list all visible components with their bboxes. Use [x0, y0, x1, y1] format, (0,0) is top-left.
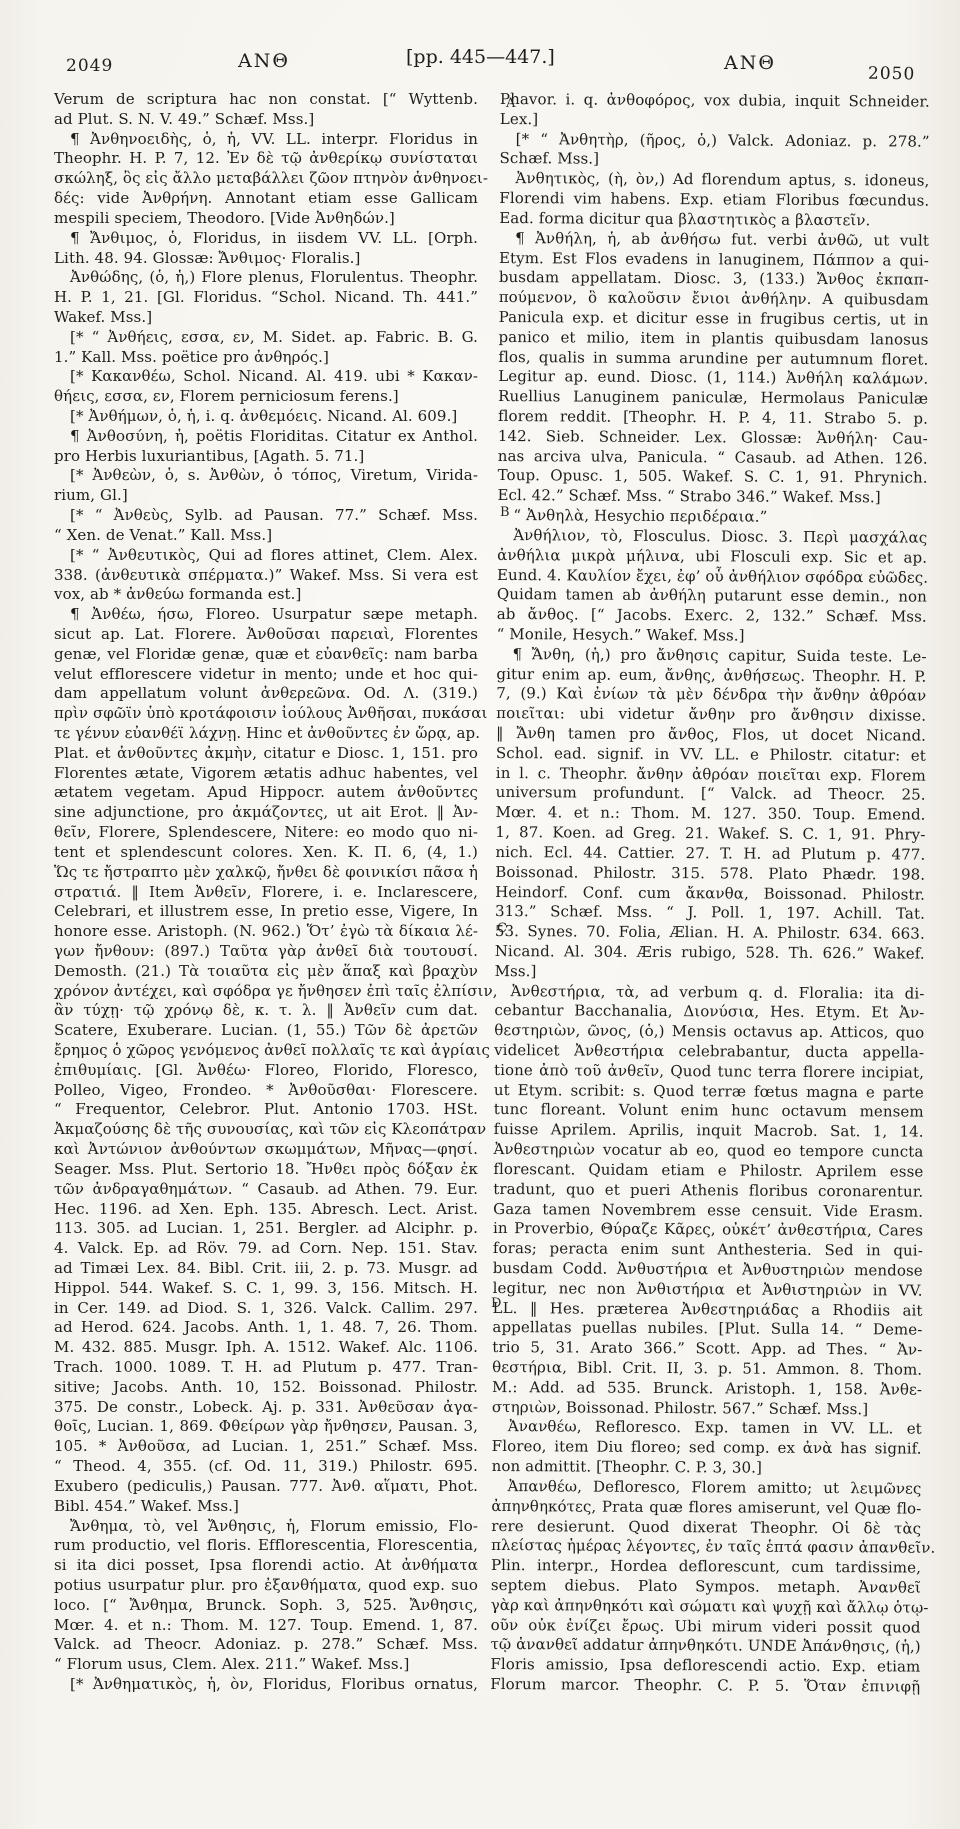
running-head-left: ΑΝΘ — [238, 50, 290, 72]
text-line: [* “ Ἀνθευτικὸς, Qui ad flores attinet, … — [54, 546, 478, 566]
text-line: 1, 87. Koen. ad Greg. 21. Wakef. S. C. 1… — [495, 823, 925, 845]
text-line: τῷ ἀνανθεῖ addatur ἀπηνθηκότι. UNDE Ἀπάν… — [490, 1635, 920, 1657]
text-line: θεστήρια, Bibl. Crit. II, 3. p. 51. Ammo… — [492, 1358, 922, 1380]
text-line: 313.” Schæf. Mss. “ J. Poll. 1, 197. Ach… — [495, 902, 925, 924]
text-line: legitur, nec non Ἀνθιστήρια et Ἀνθιστηρι… — [493, 1279, 923, 1301]
text-line: Theophr. H. P. 7, 12. Ἐν δὲ τῷ ἀνθερίκῳ … — [54, 149, 478, 169]
text-line: fuisse Aprilem. Aprilis, inquit Macrob. … — [494, 1120, 924, 1142]
text-line: “ Ἀνθηλὰ, Hesychio περιδέραια.” — [497, 506, 927, 528]
text-line: Florendi vim habens. Exp. etiam Floribus… — [499, 189, 929, 211]
text-line: Ἀνθεστήρια, τὰ, ad verbum q. d. Floralia… — [494, 982, 924, 1004]
text-line: Ecl. 42.” Schæf. Mss. “ Strabo 346.” Wak… — [497, 486, 927, 508]
text-line: ἐπιθυμίαις. [Gl. Ἀνθέω· Floreo, Florido,… — [54, 1061, 478, 1081]
text-line: τε γένυν εὐανθέϊ λάχνῃ. Hinc et ἀνθοῦντε… — [54, 724, 478, 744]
text-line: [* Κακανθέω, Schol. Nicand. Al. 419. ubi… — [54, 367, 478, 387]
text-line: tione ἀπὸ τοῦ ἀνθεῖν, Quod tunc terra fl… — [494, 1061, 924, 1083]
text-line: Polleo, Vigeo, Frondeo. * Ἀνθοῦσθαι· Flo… — [54, 1081, 478, 1101]
text-line: in Cer. 149. ad Diod. S. 1, 326. Valck. … — [54, 1299, 478, 1319]
text-line: 4. Valck. Ep. ad Röv. 79. ad Corn. Nep. … — [54, 1239, 478, 1259]
text-line: Florentes ætate, Vigorem ætatis adhuc ha… — [54, 764, 478, 784]
text-line: τῶν ἀνδραγαθημάτων. “ Casaub. ad Athen. … — [54, 1180, 478, 1200]
text-line: Mss.] — [495, 962, 925, 984]
text-line: Celebrari, et illustrem esse, In pretio … — [54, 902, 478, 922]
text-line: in l. c. Theophr. ἄνθην ἀθρόαν ποιεῖται … — [496, 764, 926, 786]
text-line: Heindorf. Conf. cum ἄκανθα, Boissonad. P… — [495, 882, 925, 904]
text-line: rium, Gl.] — [54, 486, 478, 506]
text-line: ad Plut. S. N. V. 49.” Schæf. Mss.] — [54, 110, 478, 130]
text-line: [* “ Ἀνθεὺς, Sylb. ad Pausan. 77.” Schæf… — [54, 506, 478, 526]
text-line: Nicand. Al. 304. Æris rubigo, 528. Th. 6… — [495, 942, 925, 964]
text-line: H. P. 1, 21. [Gl. Floridus. “Schol. Nica… — [54, 288, 478, 308]
text-line: M.: Add. ad 535. Brunck. Aristoph. 1, 15… — [492, 1378, 922, 1400]
text-column-left: Verum de scriptura hac non constat. [“ W… — [54, 90, 478, 1695]
text-line: Plat. et ἀνθοῦντες ἀκμὴν, citatur e Dios… — [54, 744, 478, 764]
text-line: ¶ Ἀνθέω, ήσω, Floreo. Usurpatur sæpe met… — [54, 605, 478, 625]
text-line: σκώληξ, ὃς εἰς ἄλλο μεταβάλλει ζῶον πτην… — [54, 169, 478, 189]
text-line: καὶ Ἀντώνιον ἀνθούντων σκωμμάτων, Μῆνας—… — [54, 1140, 478, 1160]
text-line: Floreo, item Diu floreo; sed comp. ex ἀν… — [492, 1437, 922, 1459]
text-line: στηριὼν, Boissonad. Philostr. 567.” Schæ… — [492, 1398, 922, 1420]
text-line: rere desierunt. Quod dixerat Theophr. Οἱ… — [491, 1516, 921, 1538]
text-line: Gaza tamen Novembrem esse censuit. Vide … — [493, 1199, 923, 1221]
text-line: ποιεῖται: ubi videtur ἄνθην pro ἄνθησιν … — [496, 704, 926, 726]
text-line: sitive; Jacobs. Anth. 10, 152. Boissonad… — [54, 1378, 478, 1398]
text-line: ἔρημος ὁ χῶρος γενόμενος ἀνθεῖ πολλαῖς τ… — [54, 1041, 478, 1061]
text-line: ἂν τύχῃ· τῷ χρόνῳ δὲ, κ. τ. λ. ‖ Ἀνθεῖν … — [54, 1001, 478, 1021]
text-line: θήεις, εσσα, εν, Florem perniciosum fere… — [54, 387, 478, 407]
text-line: M. 432. 885. Musgr. Iph. A. 1512. Wakef.… — [54, 1338, 478, 1358]
text-line: Schol. ead. signif. in VV. LL. e Philost… — [496, 744, 926, 766]
text-line: Ἀνθήλιον, τὸ, Flosculus. Diosc. 3. Περὶ … — [497, 526, 927, 548]
text-line: Floris amissio, Ipsa deflorescendi actio… — [490, 1655, 920, 1677]
text-line: dam appellatum volunt ἀνθερεῶνα. Od. Λ. … — [54, 684, 478, 704]
text-line: non admittit. [Theophr. C. P. 3, 30.] — [492, 1457, 922, 1479]
text-line: “ Xen. de Venat.” Kall. Mss.] — [54, 526, 478, 546]
text-line: nich. Ecl. 44. Cattier. 27. T. H. ad Plu… — [495, 843, 925, 865]
text-line: Mœr. 4. et n.: Thom. M. 127. 350. Toup. … — [496, 803, 926, 825]
text-line: Ruellius Lanuginem paniculæ, Hermolaus P… — [498, 387, 928, 409]
text-line: flos, qualis in summa arundine per autum… — [498, 348, 928, 370]
text-line: Quidam tamen ab ἀνθήλη putarunt esse dem… — [497, 585, 927, 607]
text-line: πούμενον, ὃ καλοῦσιν ἔνιοι ἀνθήλην. A qu… — [499, 288, 929, 310]
text-line: Florum marcor. Theophr. C. P. 5. Ὅταν ἐπ… — [490, 1675, 920, 1697]
text-line: “ Theod. 4, 355. (cf. Od. 11, 319.) Phil… — [54, 1457, 478, 1477]
text-line: 7, (9.) Καὶ ἐνίων τὰ μὲν δένδρα τὴν ἄνθη… — [496, 684, 926, 706]
text-line: [* Ἀνθηματικὸς, ἡ, ὸν, Floridus, Floribu… — [54, 1675, 478, 1695]
text-line: 53. Synes. 70. Folia, Ælian. H. A. Philo… — [495, 922, 925, 944]
text-line: 105. * Ἀνθοῦσα, ad Lucian. 1, 251.” Schæ… — [54, 1437, 478, 1457]
text-line: Scatere, Exuberare. Lucian. (1, 55.) Τῶν… — [54, 1021, 478, 1041]
text-line: Wakef. Mss.] — [54, 308, 478, 328]
page-number-right: 2050 — [868, 64, 916, 85]
text-line: Ἀνθεστηριὼν vocatur ab eo, quod eo tempo… — [493, 1140, 923, 1162]
text-line: Bibl. 454.” Wakef. Mss.] — [54, 1497, 478, 1517]
text-line: θεῖν, Florere, Splendescere, Nitere: eo … — [54, 823, 478, 843]
text-line: Verum de scriptura hac non constat. [“ W… — [54, 90, 478, 110]
text-line: Ὥς τε ἤστραπτο μὲν χαλκῷ, ἤνθει δὲ φοινι… — [54, 863, 478, 883]
text-line: Plin. interpr., Hordea deflorescunt, cum… — [491, 1556, 921, 1578]
text-line: Lith. 48. 94. Glossæ: Ἄνθιμος· Floralis.… — [54, 249, 478, 269]
text-line: [* “ Ἀνθητὴρ, (ῆρος, ὁ,) Valck. Adoniaz.… — [500, 130, 930, 152]
text-line: si ita dici posset, Ipsa florendi actio.… — [54, 1556, 478, 1576]
running-head-right: ΑΝΘ — [724, 52, 776, 74]
text-line: 113. 305. ad Lucian. 1, 251. Bergler. ad… — [54, 1219, 478, 1239]
text-line: Demosth. (21.) Τὰ τοιαῦτα εἰς μὲν ἅπαξ κ… — [54, 962, 478, 982]
text-line: Ἀνανθέω, Refloresco. Exp. tamen in VV. L… — [492, 1417, 922, 1439]
text-line: “ Monile, Hesych.” Wakef. Mss.] — [497, 625, 927, 647]
text-line: [* Ἀνθήμων, ὁ, ἡ, i. q. ἀνθεμόεις. Nican… — [54, 407, 478, 427]
text-line: Seager. Mss. Plut. Sertorio 18. Ἤνθει πρ… — [54, 1160, 478, 1180]
text-line: ut Etym. scribit: s. Quod terræ fœtus ma… — [494, 1081, 924, 1103]
text-line: LL. ‖ Hes. præterea Ἀνθεστηριάδας a Rhod… — [492, 1299, 922, 1321]
text-line: videlicet Ἀνθεστήρια celebrabantur, duct… — [494, 1041, 924, 1063]
text-line: Ἀνθητικὸς, (ὴ, ὸν,) Ad florendum aptus, … — [499, 169, 929, 191]
text-line: Phavor. i. q. ἀνθοφόρος, vox dubia, inqu… — [500, 90, 930, 112]
text-line: θοῖς, Lucian. 1, 869. Φθείρων γὰρ ἤνθησε… — [54, 1417, 478, 1437]
text-line: velut efflorescere videtur in mento; und… — [54, 665, 478, 685]
text-line: [* Ἀνθεὼν, ὁ, s. Ἀνθὼν, ὁ τόπος, Viretum… — [54, 466, 478, 486]
text-column-right: Phavor. i. q. ἀνθοφόρος, vox dubia, inqu… — [490, 90, 930, 1697]
text-line: 1.” Kall. Mss. poëtice pro ἀνθηρός.] — [54, 348, 478, 368]
text-line: mespili speciem, Theodoro. [Vide Ἀνθηδών… — [54, 209, 478, 229]
text-line: in Proverbio, Θύραζε Κᾶρες, οὐκέτ’ ἀνθεσ… — [493, 1219, 923, 1241]
text-line: Exubero (pediculis,) Pausan. 777. Ἀνθ. α… — [54, 1477, 478, 1497]
text-line: vox, ab * ἀνθεύω formanda est.] — [54, 585, 478, 605]
text-line: Etym. Est Flos evadens in lanuginem, Πάπ… — [499, 248, 929, 270]
text-line: Eund. 4. Καυλίον ἔχει, ἐφ’ οὗ ἀνθήλιον σ… — [497, 565, 927, 587]
text-line: sicut ap. Lat. Florere. Ἀνθοῦσαι παρειαὶ… — [54, 625, 478, 645]
text-line: Toup. Opusc. 1, 505. Wakef. S. C. 1, 91.… — [498, 466, 928, 488]
text-line: ad Timæi Lex. 84. Bibl. Crit. iii, 2. p.… — [54, 1259, 478, 1279]
text-line: Hec. 1196. ad Xen. Eph. 135. Abresch. Le… — [54, 1200, 478, 1220]
text-line: ¶ Ἄνθη, (ἡ,) pro ἄνθησις capitur, Suida … — [496, 645, 926, 667]
text-line: θεστηριὼν, ῶνος, (ὁ,) Mensis octavus ap.… — [494, 1021, 924, 1043]
text-line: ἀπηνθηκότες, Prata quæ flores amiserunt,… — [491, 1497, 921, 1519]
text-line: ¶ Ἄνθιμος, ὁ, Floridus, in iisdem VV. LL… — [54, 229, 478, 249]
text-line: nas arciva ulva, Panicula. “ Casaub. ad … — [498, 447, 928, 469]
text-line: Ἄνθημα, τὸ, vel Ἄνθησις, ἡ, Florum emiss… — [54, 1517, 478, 1537]
text-line: Boissonad. Philostr. 315. 578. Plato Phæ… — [495, 863, 925, 885]
text-line: δές: vide Ἀνθρήνη. Annotant etiam esse G… — [54, 189, 478, 209]
text-line: ¶ Ἀνθήλη, ἡ, ab ἀνθήσω fut. verbi ἀνθῶ, … — [499, 229, 929, 251]
scanned-lexicon-page: 2049 ΑΝΘ [pp. 445—447.] ΑΝΘ 2050 A B C D… — [0, 0, 960, 1829]
page-number-left: 2049 — [66, 56, 113, 76]
text-line: busdam appellatam. Diosc. 3, (133.) Ἄνθο… — [499, 268, 929, 290]
text-line: “ Frequentor, Celebror. Plut. Antonio 17… — [54, 1100, 478, 1120]
text-line: rum productio, vel floris. Efflorescenti… — [54, 1536, 478, 1556]
text-line: στρατιά. ‖ Item Ἀνθεῖν, Florere, i. e. I… — [54, 883, 478, 903]
text-line: sine adjunctione, pro ἀκμάζοντες, ut ait… — [54, 803, 478, 823]
text-line: ‖ Ἄνθη tamen pro ἄνθος, Flos, ut docet N… — [496, 724, 926, 746]
text-line: 375. De constr., Lobeck. Aj. p. 331. Ἀνθ… — [54, 1398, 478, 1418]
text-line: honore esse. Aristoph. (N. 962.) Ὅτ’ ἐγὼ… — [54, 922, 478, 942]
text-line: tradunt, quo et pueri Athenis floribus c… — [493, 1180, 923, 1202]
text-line: Legitur ap. eund. Diosc. (1, 114.) Ἀνθήλ… — [498, 367, 928, 389]
text-line: ad Herod. 624. Jacobs. Anth. 1, 1. 48. 7… — [54, 1318, 478, 1338]
text-line: cebantur Bacchanalia, Διονύσια, Hes. Ety… — [494, 1001, 924, 1023]
text-line: panico et milio, item in plantis quibusd… — [498, 328, 928, 350]
text-line: 142. Sieb. Schneider. Lex. Glossæ: Ἀνθήλ… — [498, 427, 928, 449]
text-line: ab ἄνθος. [“ Jacobs. Exerc. 2, 132.” Sch… — [497, 605, 927, 627]
text-line: gitur enim ap. eum, ἄνθης, ἀνθήσεως. The… — [496, 665, 926, 687]
text-line: 338. (ἀνθευτικὰ σπέρματα.)” Wakef. Mss. … — [54, 566, 478, 586]
text-line: Ἀκμαζούσης δὲ τῆς συνουσίας, καὶ τῶν εἰς… — [54, 1120, 478, 1140]
text-line: Valck. ad Theocr. Adoniaz. p. 278.” Schæ… — [54, 1635, 478, 1655]
text-line: ¶ Ἀνθηνοειδὴς, ὁ, ἡ, VV. LL. interpr. Fl… — [54, 130, 478, 150]
text-line: Ἀπανθέω, Defloresco, Florem amitto; ut λ… — [491, 1477, 921, 1499]
text-line: χρόνον ἀντέχει, καὶ σφόδρα γε ἤνθησεν ἐπ… — [54, 982, 478, 1002]
text-line: appellatas puellas nubiles. [Plut. Sulla… — [492, 1318, 922, 1340]
text-line: pro Herbis luxuriantibus, [Agath. 5. 71.… — [54, 447, 478, 467]
text-line: foras; peracta enim sunt Anthesteria. Se… — [493, 1239, 923, 1261]
text-line: Trach. 1000. 1089. T. H. ad Plutum p. 47… — [54, 1358, 478, 1378]
text-line: florem reddit. [Theophr. H. P. 4, 11. St… — [498, 407, 928, 429]
text-line: ¶ Ἀνθοσύνη, ἡ, poëtis Floriditas. Citatu… — [54, 427, 478, 447]
text-line: Ἀνθώδης, (ὁ, ἡ,) Flore plenus, Florulent… — [54, 268, 478, 288]
text-line: universum profundunt. [“ Valck. ad Theoc… — [496, 783, 926, 805]
page-range: [pp. 445—447.] — [406, 46, 555, 68]
text-line: Mœr. 4. et n.: Thom. M. 127. Toup. Emend… — [54, 1616, 478, 1636]
text-line: Hippol. 544. Wakef. S. C. 1, 99. 3, 156.… — [54, 1279, 478, 1299]
text-line: γὰρ καὶ ἀπηνθηκότι καὶ σώματι καὶ ψυχῇ κ… — [491, 1596, 921, 1618]
text-line: florescant. Quidam etiam e Philostr. Apr… — [493, 1160, 923, 1182]
text-line: busdam Codd. Ἀνθυστήρια et Ἀνθυστηριὼν m… — [493, 1259, 923, 1281]
text-line: loco. [“ Ἄνθημα, Brunck. Soph. 3, 525. Ἄ… — [54, 1596, 478, 1616]
text-line: Lex.] — [500, 110, 930, 132]
text-line: tent et splendescunt colores. Xen. Κ. Π.… — [54, 843, 478, 863]
text-line: trio 5, 31. Arato 366.” Scott. App. ad T… — [492, 1338, 922, 1360]
text-line: [* “ Ἀνθήεις, εσσα, εν, M. Sidet. ap. Fa… — [54, 328, 478, 348]
text-line: potius usurpatur plur. pro ἐξανθήματα, q… — [54, 1576, 478, 1596]
text-line: πλείστας ἡμέρας λέγοντες, ἐν ταῖς ἑπτά φ… — [491, 1536, 921, 1558]
text-line: “ Florum usus, Clem. Alex. 211.” Wakef. … — [54, 1655, 478, 1675]
text-line: Panicula exp. et dicitur esse in frugibu… — [499, 308, 929, 330]
text-line: Schæf. Mss.] — [500, 149, 930, 171]
text-line: Ead. forma dicitur qua βλαστητικὸς a βλα… — [499, 209, 929, 231]
text-line: γων ἤνθουν: (897.) Ταῦτα γὰρ ἀνθεῖ διὰ τ… — [54, 942, 478, 962]
text-line: genæ, vel Floridæ genæ, quæ et εὐανθεῖς:… — [54, 645, 478, 665]
text-line: tunc floreant. Volunt enim hunc octavum … — [494, 1100, 924, 1122]
text-line: ætatem vegetam. Apud Hippocr. autem ἀνθο… — [54, 783, 478, 803]
text-line: ἀνθήλια μικρὰ μήλινα, ubi Flosculi exp. … — [497, 546, 927, 568]
text-line: οῦν οὐκ ἐνίζει ἔρως. Ubi mirum videri po… — [491, 1616, 921, 1638]
text-line: πρὶν σφῶϊν ὑπὸ κροτάφοισιν ἰούλους Ἀνθῆσ… — [54, 704, 478, 724]
text-line: septem diebus. Plato Sympos. metaph. Ἀνα… — [491, 1576, 921, 1598]
